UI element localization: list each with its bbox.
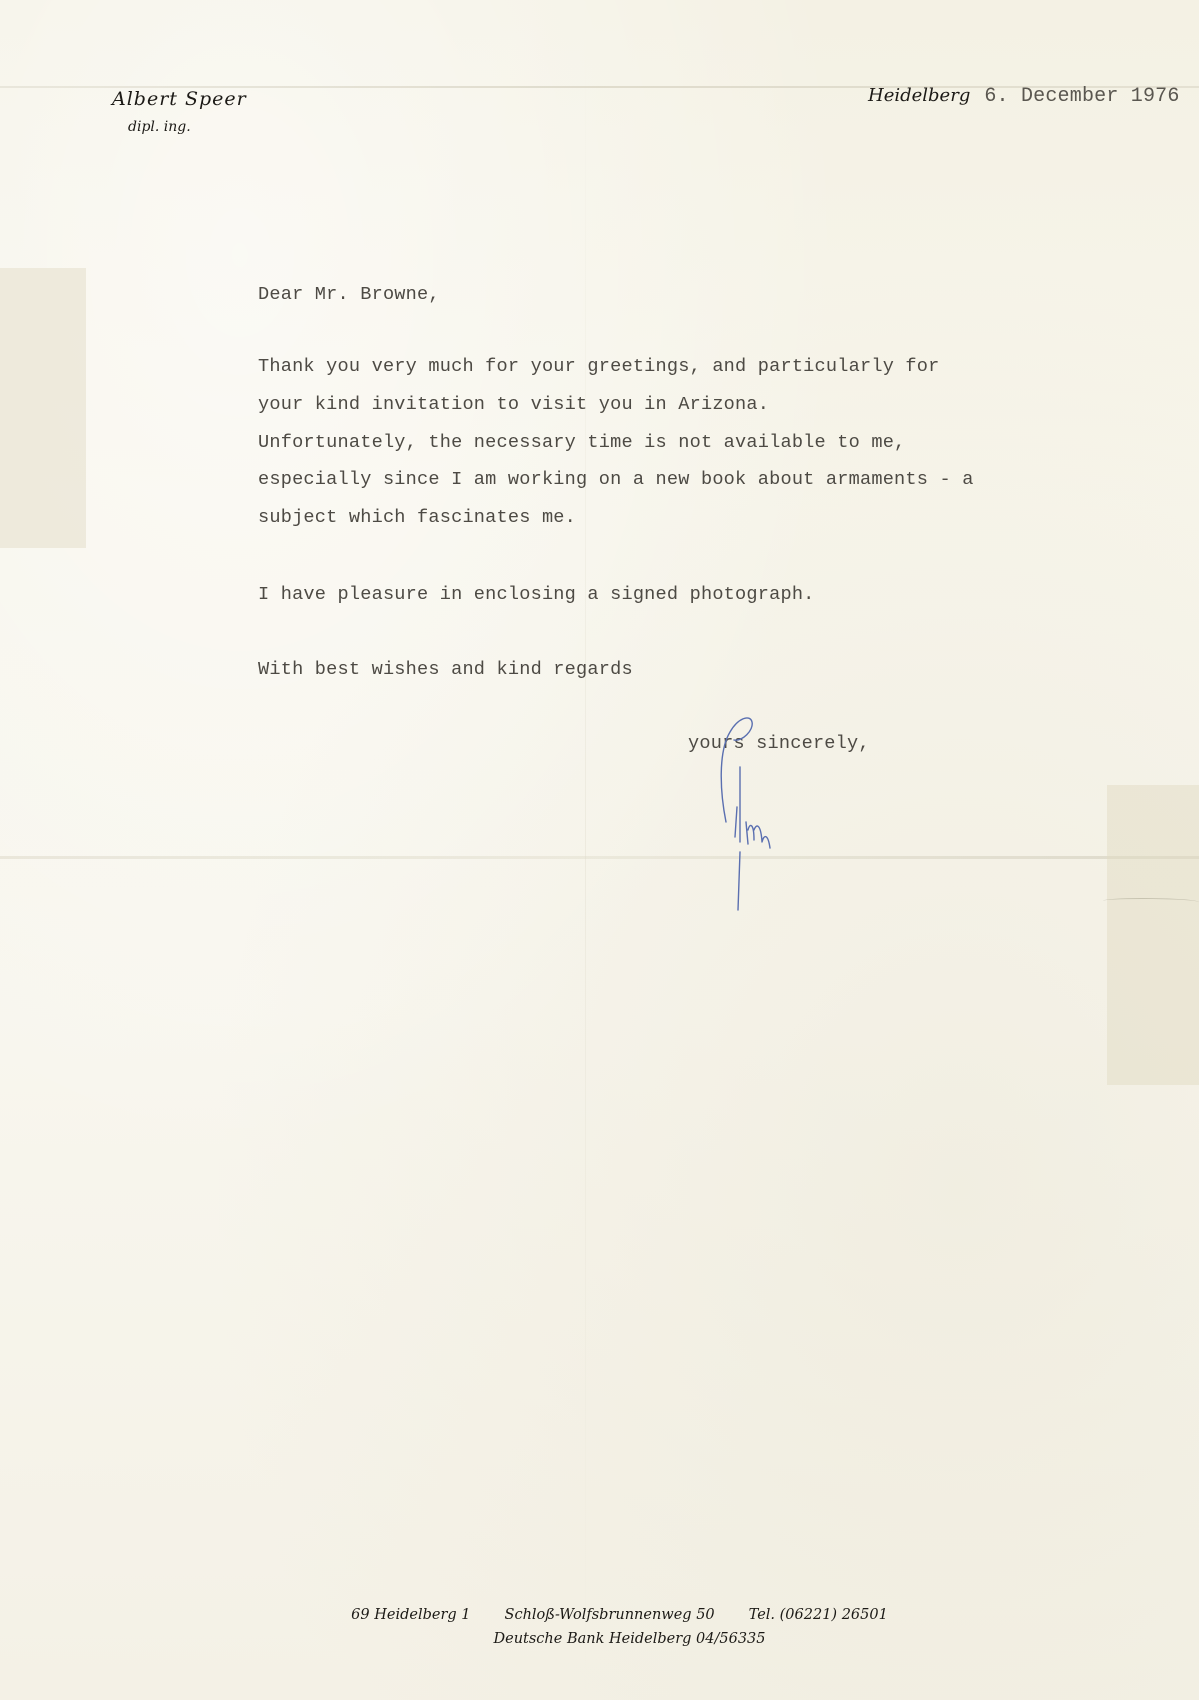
fold-crease-middle [0,856,1199,859]
body-line: Thank you very much for your greetings, … [258,356,939,377]
body-line: subject which fascinates me. [258,507,576,528]
letter-page: Albert Speer dipl. ing. Heidelberg 6. De… [0,0,1199,1700]
footer-locality: 69 Heidelberg 1 [351,1607,470,1623]
footer-telephone: Tel. (06221) 26501 [749,1607,888,1623]
footer-street: Schloß-Wolfsbrunnenweg 50 [505,1607,715,1623]
body-line: Unfortunately, the necessary time is not… [258,432,905,453]
salutation: Dear Mr. Browne, [258,284,440,305]
paper-stain-right [1107,785,1199,1085]
paper-stain-left [0,268,86,548]
footer-bank: Deutsche Bank Heidelberg 04/56335 [0,1631,1199,1647]
letter-date: 6. December 1976 [984,85,1179,108]
footer-address: 69 Heidelberg 1 Schloß-Wolfsbrunnenweg 5… [0,1607,1199,1623]
body-line: especially since I am working on a new b… [258,469,974,490]
body-line: your kind invitation to visit you in Ari… [258,394,769,415]
letter-place: Heidelberg [868,85,970,106]
place-date: Heidelberg 6. December 1976 [868,85,1180,108]
paper-tear [1103,898,1199,905]
sender-title: dipl. ing. [128,119,191,135]
fold-crease-vertical [585,0,586,1700]
sender-name: Albert Speer [112,88,247,110]
enclosure-note: I have pleasure in enclosing a signed ph… [258,584,815,605]
closing-line: With best wishes and kind regards [258,659,633,680]
handwritten-signature-icon [716,712,806,912]
